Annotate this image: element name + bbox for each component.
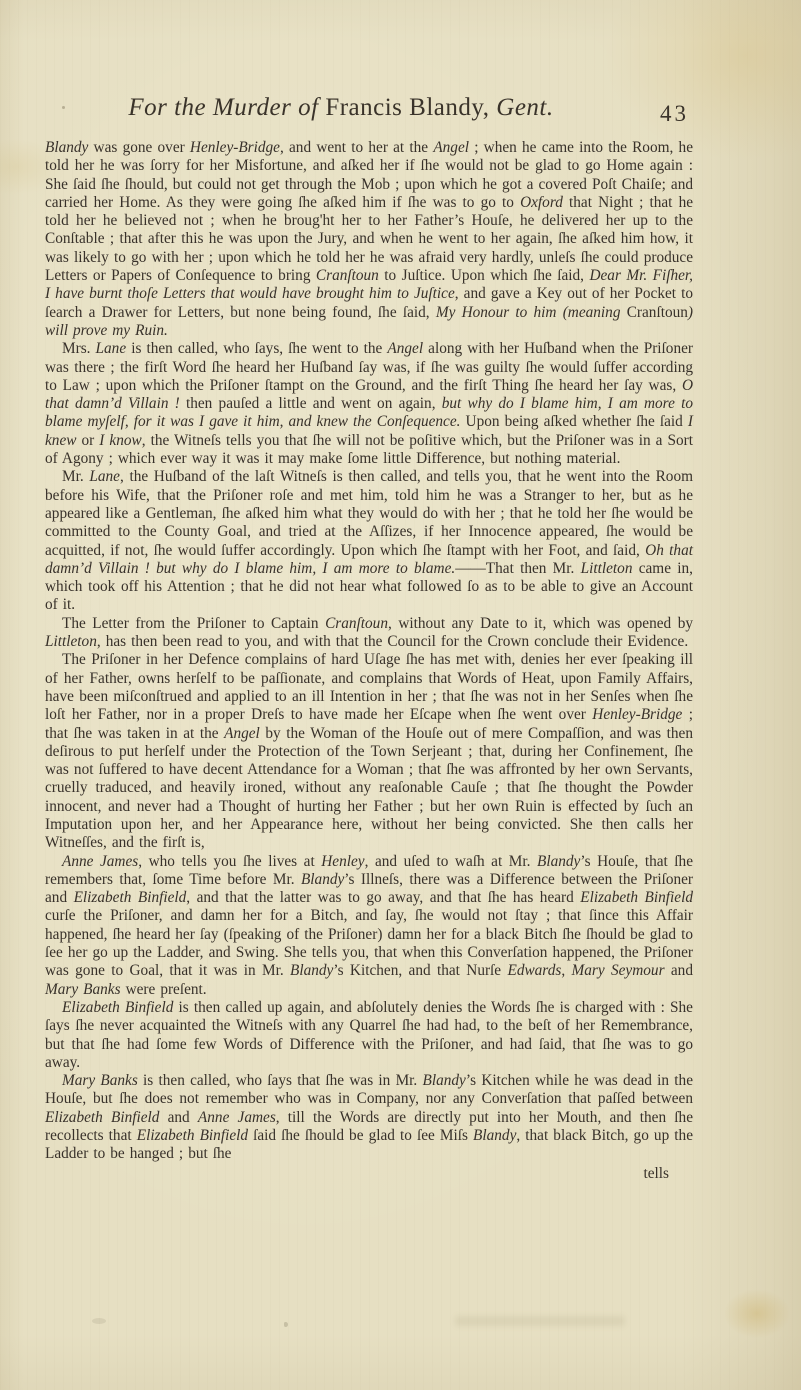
ink-speck [284, 1322, 288, 1327]
paragraph-2: Mrs. Lane is then called, who ſays, ſhe … [45, 340, 693, 468]
paragraph-1: Blandy was gone over Henley-Bridge, and … [45, 139, 693, 340]
scanned-page: For the Murder of Francis Blandy, Gent. … [0, 0, 801, 1390]
page-header: For the Murder of Francis Blandy, Gent. … [45, 94, 693, 134]
catchword: tells [45, 1165, 693, 1183]
paragraph-3: Mr. Lane, the Huſband of the laſt Witneſ… [45, 468, 693, 614]
paragraph-4: The Letter from the Priſoner to Captain … [45, 615, 693, 652]
ink-speck [62, 106, 65, 109]
show-through-smudge [455, 1316, 625, 1326]
paragraph-7: Elizabeth Binfield is then called up aga… [45, 999, 693, 1072]
paragraph-8: Mary Banks is then called, who ſays that… [45, 1072, 693, 1163]
page-number: 43 [660, 101, 689, 127]
paragraph-6: Anne James, who tells you ſhe lives at H… [45, 853, 693, 999]
body-text: Blandy was gone over Henley-Bridge, and … [45, 139, 693, 1183]
page-title: For the Murder of Francis Blandy, Gent. [45, 94, 693, 122]
paragraphs: Blandy was gone over Henley-Bridge, and … [45, 139, 693, 1164]
paragraph-5: The Priſoner in her Defence complains of… [45, 651, 693, 852]
ink-smudge [92, 1318, 106, 1324]
